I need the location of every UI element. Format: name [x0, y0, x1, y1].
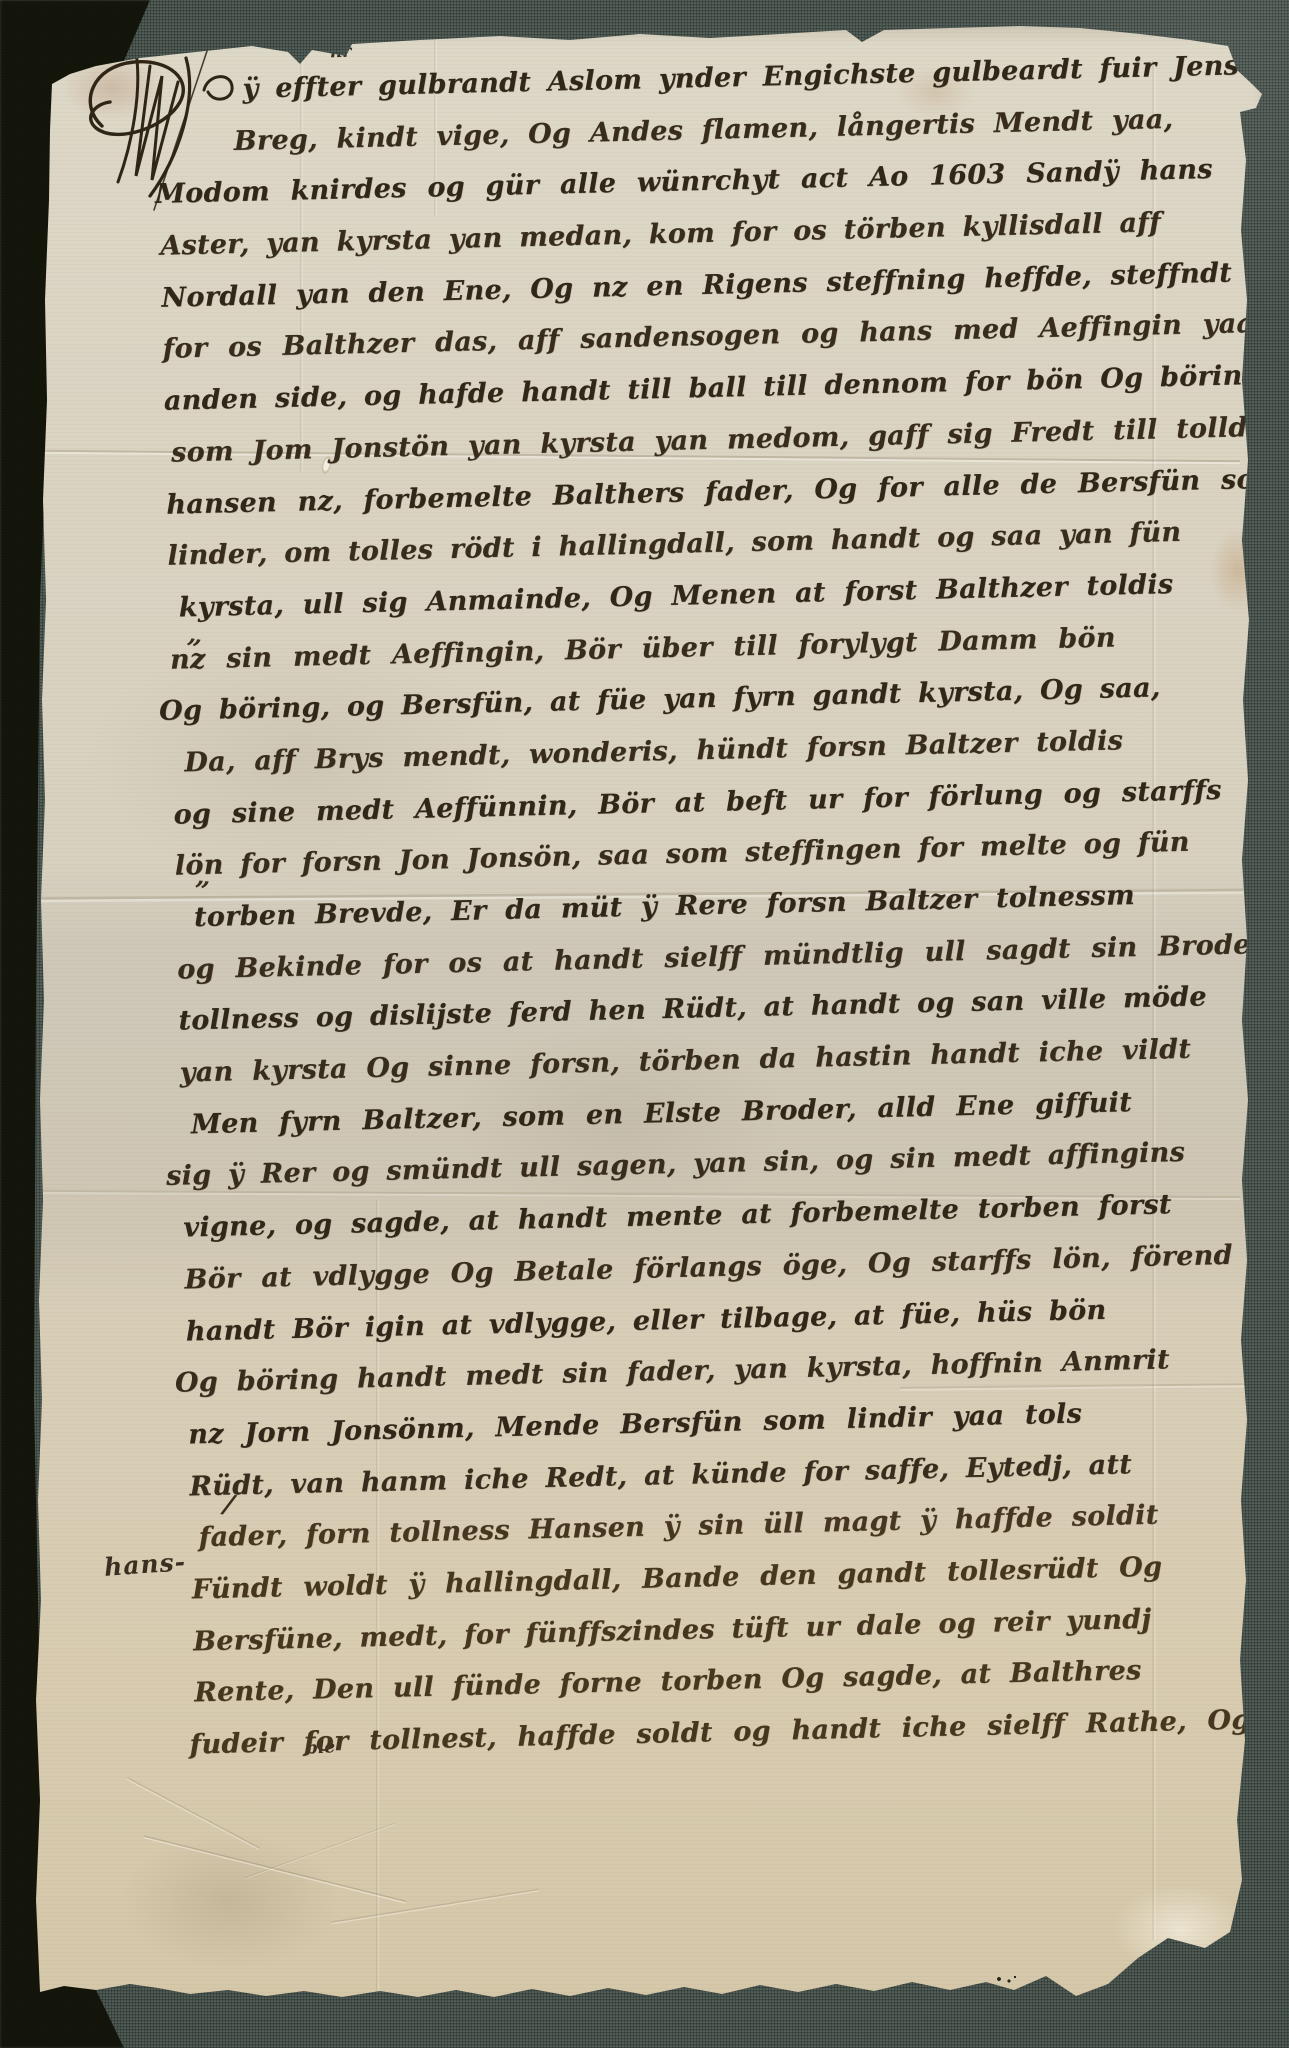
manuscript-text: ÿ effter gulbrandt Aslom ynder Engichste…	[148, 40, 1289, 1772]
margin-note: hans-	[103, 1547, 187, 1582]
wrinkle	[244, 1823, 395, 1880]
wrinkle	[331, 1889, 539, 1925]
wrinkle	[126, 1777, 260, 1850]
archive-photo: nr ble hans- „ „ / ÿ effter gulbrandt As…	[0, 0, 1289, 2048]
wrinkle	[144, 1835, 407, 1903]
manuscript-page: nr ble hans- „ „ / ÿ effter gulbrandt As…	[0, 0, 1289, 2048]
